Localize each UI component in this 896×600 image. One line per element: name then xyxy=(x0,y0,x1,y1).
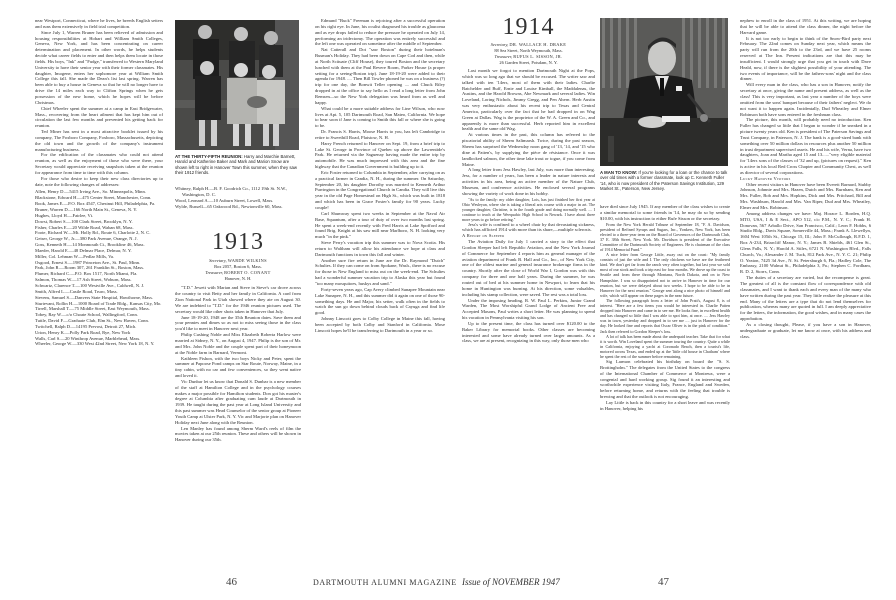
paragraph: Philip Cushing Noble and Miss Elizabeth … xyxy=(175,332,301,355)
man-at-desk-image xyxy=(600,18,728,166)
paragraph: At various times in the past, this colum… xyxy=(462,132,595,167)
treasurer-name: RUFUS L. SISSON, JR. xyxy=(513,54,562,59)
left-col-3: Edmund "Buck" Freeman is rejoicing after… xyxy=(315,18,445,571)
paragraph: have died since July 1945. If any member… xyxy=(600,204,730,222)
paragraph: Steve Perry's vacation trip this summer … xyxy=(315,240,445,258)
paragraph: Among address changes we have: Maj. Hora… xyxy=(740,211,871,275)
treasurer-role: Treasurer, xyxy=(205,270,223,275)
paragraph: Lay Little is back in this country for a… xyxy=(600,400,730,412)
paragraph: What could be a more suitable address fo… xyxy=(315,106,445,129)
class-year-heading: 1913 xyxy=(175,229,301,255)
right-col-1: 1914 Secretary, DR. WALLACE H. DRAKE 88 … xyxy=(462,14,595,571)
paragraph: Eric Foster returned to Columbia in Sept… xyxy=(315,170,445,211)
address-entry: Schwartz, Clarence T.—100 Westville Ave.… xyxy=(35,283,163,289)
caption-lead: A MAN TO KNOW: xyxy=(600,170,637,175)
caption-lead: AT THE THIRTY-FIFTH REUNION: xyxy=(175,154,243,159)
running-footer-left: DARTMOUTH ALUMNI MAGAZINE xyxy=(313,578,457,587)
paragraph: It is not too early to begin to think of… xyxy=(740,36,871,83)
paragraph: Other recent visitors in Hanover have be… xyxy=(740,182,871,211)
paragraph: As a closing thought, Please, if you hav… xyxy=(740,322,871,340)
paragraph: The picture, this month, will probably n… xyxy=(740,117,871,175)
paragraph: The duties of a secretary are varied, bu… xyxy=(740,275,871,322)
paragraph: Last month we forgot to mention Dartmout… xyxy=(462,68,595,132)
secretary-role: Secretary, xyxy=(209,258,227,263)
paragraph: From the New York Herald Tribune of Sept… xyxy=(600,222,730,253)
treasurer-name: ROBERT O. CONANT xyxy=(224,270,271,275)
paragraph: Carl Shumway spent two weeks in Septembe… xyxy=(315,211,445,240)
left-col-1: near Westport, Connecticut, where he liv… xyxy=(35,18,163,563)
paragraph: Will every man in the class, who has a s… xyxy=(740,82,871,117)
paragraph: Johnny Linscott goes to Colby College in… xyxy=(315,316,445,334)
reunion-photo-caption: AT THE THIRTY-FIFTH REUNION: Harry and M… xyxy=(175,154,301,176)
address-entry: Tuttle, David F.—Graduate Club, Elm St.,… xyxy=(35,318,163,324)
paragraph: Chief Wheeler spent the summer at a camp… xyxy=(35,106,163,129)
paragraph: June 18-19-20, 1948 are the 35th Reunion… xyxy=(175,315,301,333)
paragraph: For the edification of the classmates wh… xyxy=(35,152,163,175)
paragraph: "T.D." Jewett with Marian and Steve in S… xyxy=(175,285,301,314)
paragraph: Len Manley has found among Sherm Ward's … xyxy=(175,426,301,444)
paragraph: Under the imposing heading, R. W. Paul L… xyxy=(462,298,595,321)
paragraph: Forty-seven years ago, Cap Avery climbed… xyxy=(315,287,445,316)
paragraph: Ted Miner has sent in a most attractive … xyxy=(35,129,163,152)
paragraph: The Aviation Daily for July 1 carried a … xyxy=(462,239,595,297)
treasurer-address: 26 Garden Street, Potsdam, N. Y. xyxy=(462,60,595,66)
paragraph: Another sure fire return in June are the… xyxy=(315,258,445,287)
page-number-left: 46 xyxy=(226,576,237,588)
paragraph: Kathleen Fishon, with the two boys Nicky… xyxy=(175,356,301,379)
paragraph: Dr. Francis S. Harris, Moose Harris to y… xyxy=(315,129,445,141)
treasurer-address: Hanover, N. H. xyxy=(175,276,301,282)
right-col-3: nephew to enroll in the class of 1951. A… xyxy=(740,18,871,571)
running-footer-right: Issue of NOVEMBER 1947 xyxy=(462,577,560,587)
fuller-portrait-photo xyxy=(600,18,728,166)
paragraph: nephew to enroll in the class of 1951. A… xyxy=(740,18,871,36)
class-year-heading: 1914 xyxy=(462,14,595,40)
paragraph: near Westport, Connecticut, where he liv… xyxy=(35,18,163,30)
address-entry: Stevens, Samuel S.—Danvers State Hospita… xyxy=(35,295,163,301)
paragraph: Edmund "Buck" Freeman is rejoicing after… xyxy=(315,18,445,47)
paragraph: Jess's wife is confined to a wheel chair… xyxy=(462,222,595,234)
fuller-photo-caption: A MAN TO KNOW: If you're looking for a l… xyxy=(600,170,730,192)
left-col-2: Whitney, Ralph H.—B. F. Goodrich Co., 11… xyxy=(175,186,301,566)
class-1913-header: 1913 Secretary, WARDE WILKINS Box 2057, … xyxy=(175,229,301,282)
secretary-name: DR. WALLACE H. DRAKE xyxy=(509,42,566,47)
paragraph: Harry French returned to Hanover on Sept… xyxy=(315,141,445,170)
block-quote: "As to the family: my older daughter, Lo… xyxy=(462,197,595,222)
paragraph: Vic Dunbar let us know that Donald S. Du… xyxy=(175,379,301,426)
paragraph: Nat Catterall and Dot "saw Boston" durin… xyxy=(315,47,445,105)
reunion-photo xyxy=(175,20,299,150)
paragraph: A long letter from Jess Hawley, last Jul… xyxy=(462,167,595,196)
paragraph: Up to the present time, the class has tu… xyxy=(462,321,595,344)
address-list: Allen, Henry D.—5415 Irving Ave., So. Mi… xyxy=(35,189,163,347)
secretary-role: Secretary, xyxy=(491,42,509,47)
treasurer-role: Treasurer, xyxy=(495,54,513,59)
page-number-right: 47 xyxy=(658,576,669,588)
paragraph: For those who desire to keep their new c… xyxy=(35,176,163,188)
reunion-group-image xyxy=(175,20,299,150)
paragraph: A nice letter from George Little, away o… xyxy=(600,252,730,298)
paragraph: Since July 1, Warren Bruner has been rel… xyxy=(35,30,163,106)
right-col-2: have died since July 1945. If any member… xyxy=(600,204,730,571)
address-entry: Wylde, Russell—65 Oakwood Rd., Newtonvil… xyxy=(175,204,301,210)
paragraph: The following paragraph from a letter of… xyxy=(600,298,730,334)
paragraph: A lot of talk has been made about the un… xyxy=(600,334,730,359)
paragraph: Sig Larmon celebrated his birthday on bo… xyxy=(600,359,730,400)
secretary-name: WARDE WILKINS xyxy=(228,258,267,263)
address-entry: Wheeler, George W.—330 West 42nd Street,… xyxy=(35,341,163,347)
class-1914-header: 1914 Secretary, DR. WALLACE H. DRAKE 88 … xyxy=(462,14,595,66)
address-entry: Whitney, Ralph H.—B. F. Goodrich Co., 11… xyxy=(175,186,301,198)
